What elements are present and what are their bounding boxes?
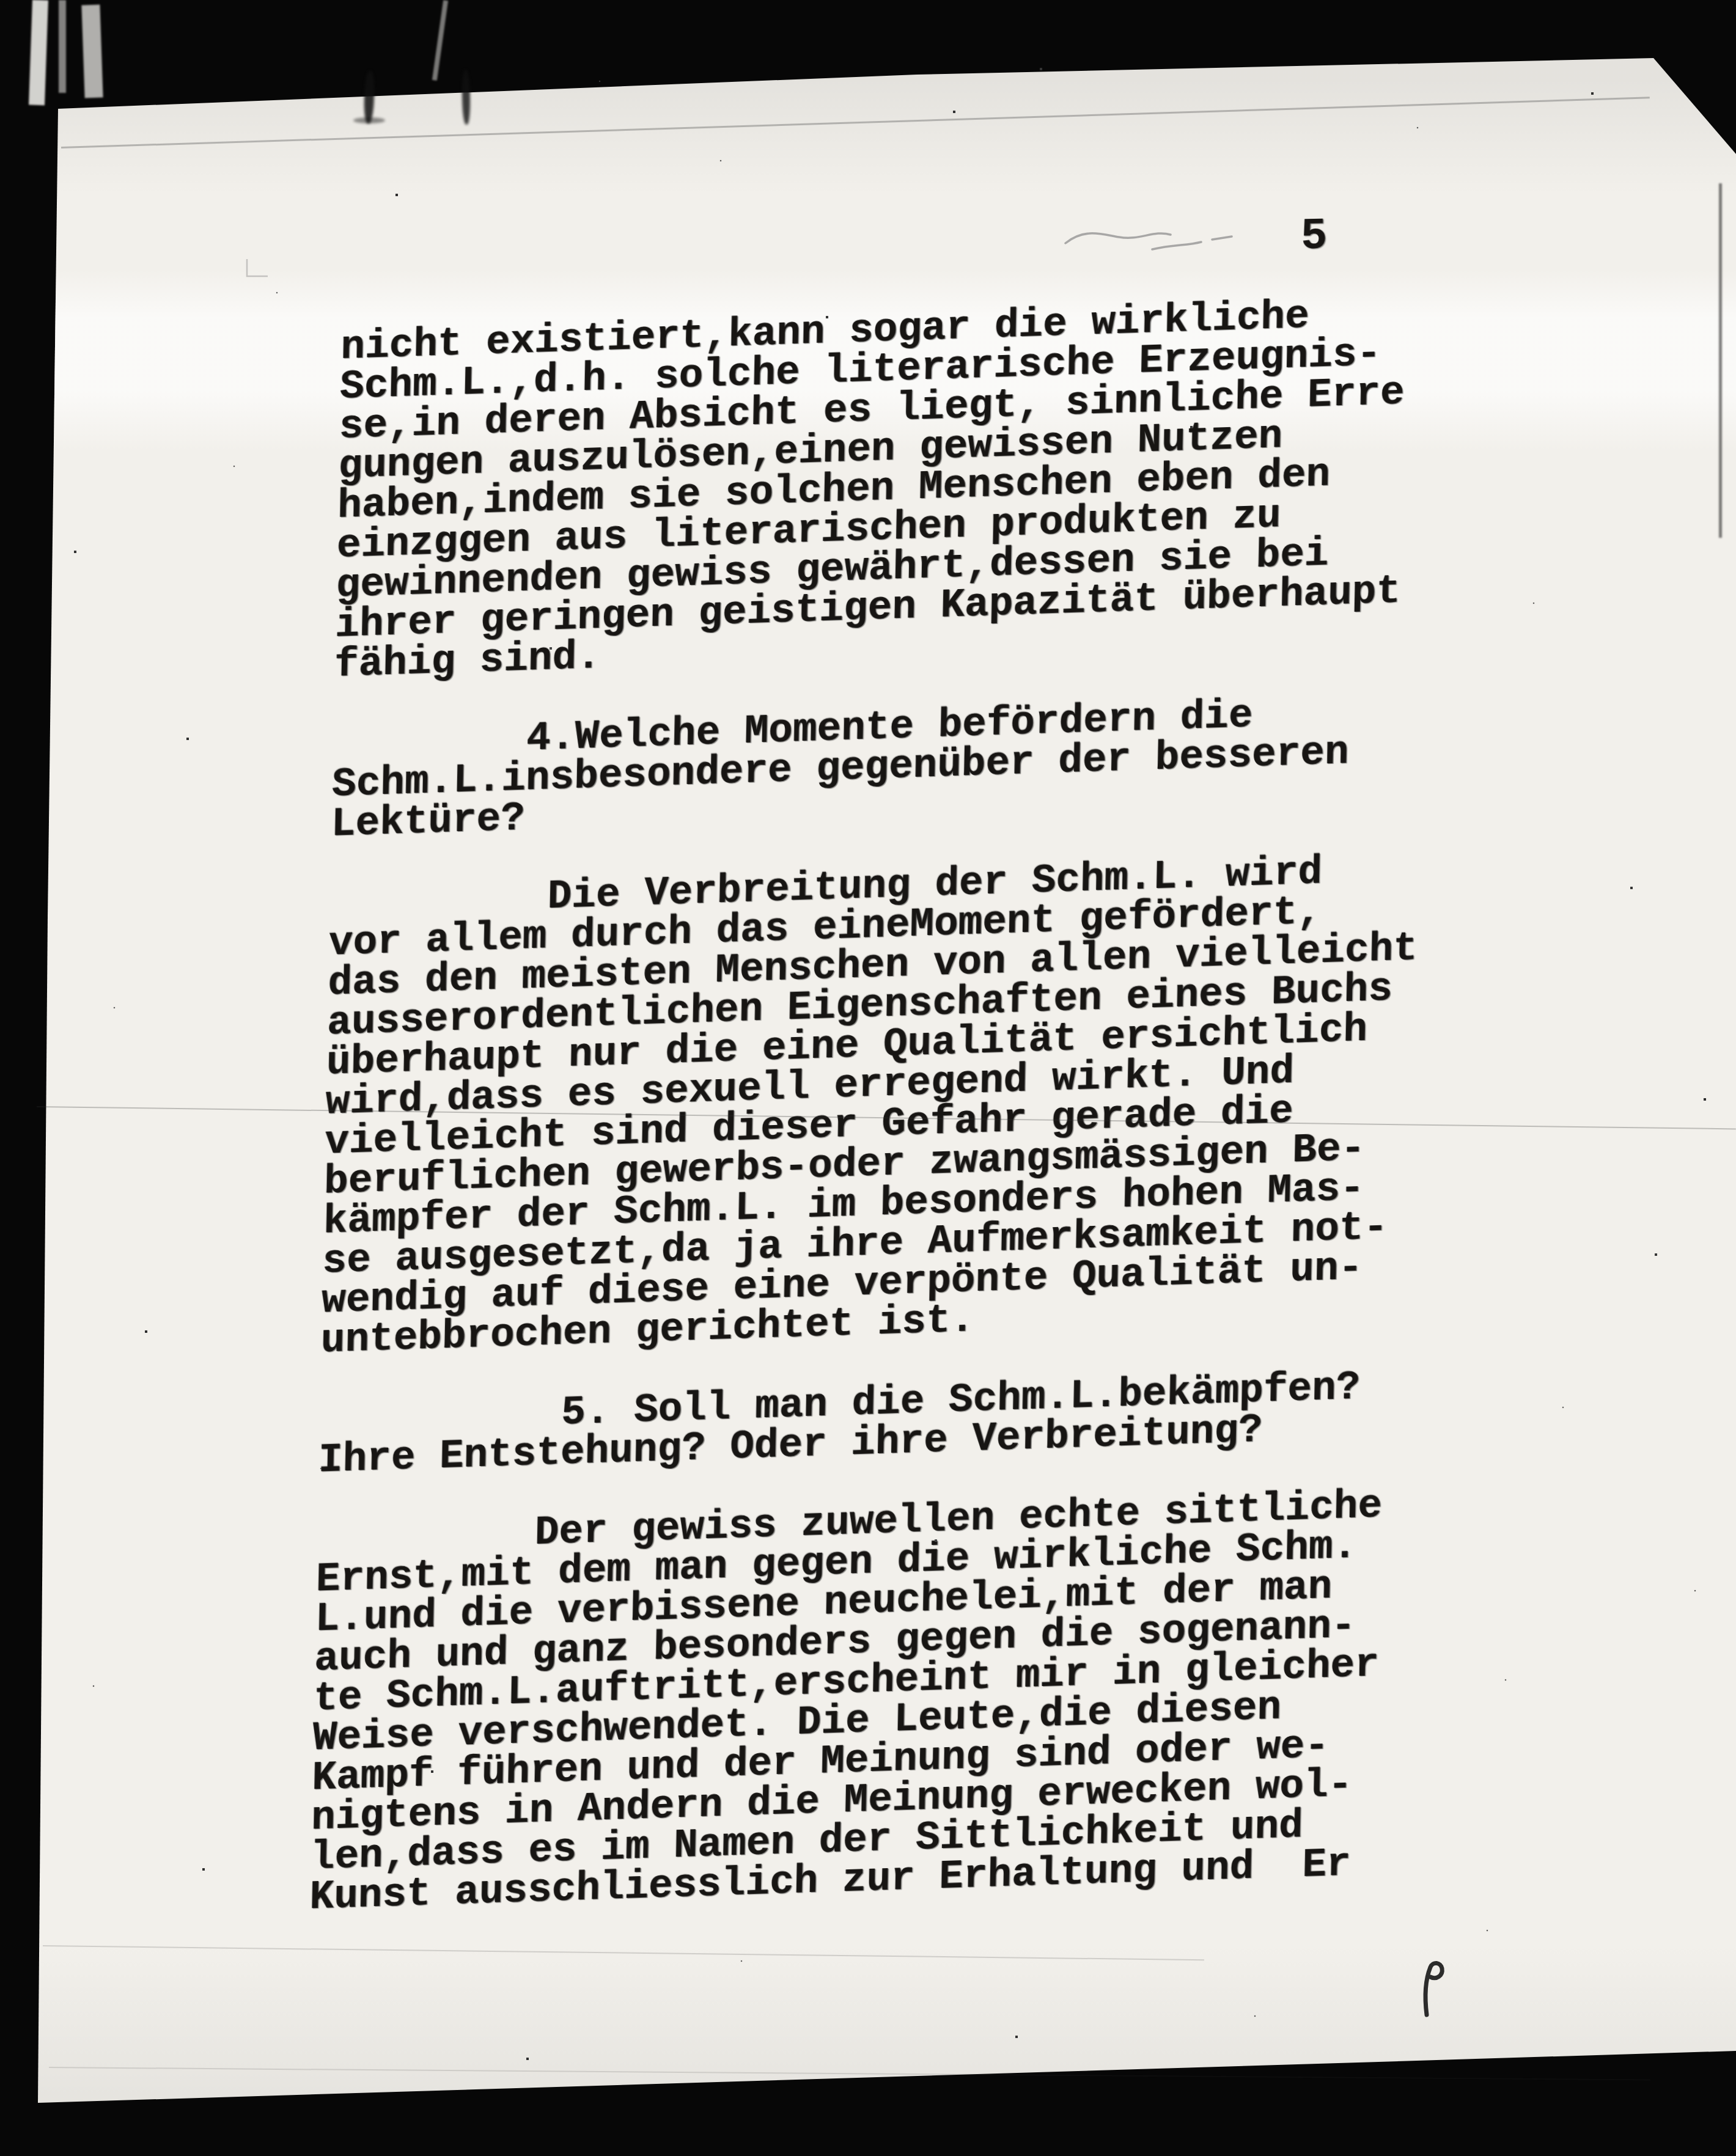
scan-streak	[59, 0, 66, 93]
scan-streak	[81, 5, 103, 98]
pencil-squiggle-mark	[1061, 215, 1262, 264]
ink-drip-mark	[462, 70, 471, 125]
typewritten-text-block: nicht existiert,kann sogar die wirkliche…	[309, 292, 1430, 1917]
scan-streak	[29, 0, 48, 105]
paper-fold-shadow	[1719, 183, 1722, 538]
dust-specks	[0, 0, 1, 1]
handwritten-mark	[1406, 1959, 1455, 2020]
ink-smudge	[353, 117, 385, 123]
scan-streak	[432, 0, 448, 81]
pencil-bracket-mark	[243, 257, 270, 280]
scanned-document-viewport: { "theme": { "paper": "#f2f0eb", "ink": …	[0, 0, 1736, 2156]
page-number: 5	[1300, 211, 1328, 262]
